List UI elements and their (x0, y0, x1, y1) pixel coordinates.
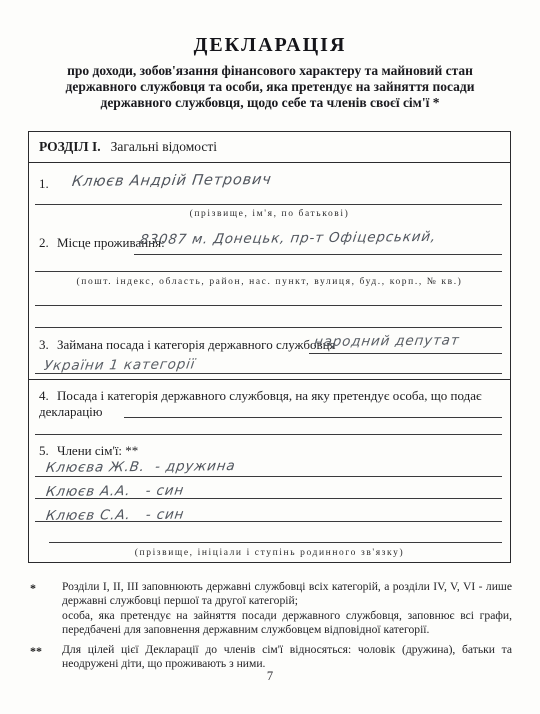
item2-underline-2 (35, 271, 502, 272)
page-title: ДЕКЛАРАЦІЯ (0, 34, 540, 57)
member-2-underline (35, 498, 502, 499)
item2-caption: (пошт. індекс, область, район, нас. пунк… (29, 277, 510, 287)
member-1-relation: - дружина (154, 458, 236, 475)
footnote-2-text: Для цілей цієї Декларації до членів сім'… (62, 643, 512, 670)
item2-handwritten-address: 83087 м. Донецьк, пр-т Офіцерський, (139, 229, 437, 248)
subtitle-line-1: про доходи, зобов'язання фінансового хар… (20, 63, 520, 79)
item4-label-line2: декларацію (39, 404, 103, 420)
item3-handwritten-line2: України 1 категорії (43, 356, 196, 374)
item4-number: 4. (39, 388, 49, 404)
item5-blank-line (49, 542, 502, 543)
page-subtitle: про доходи, зобов'язання фінансового хар… (20, 63, 520, 111)
section-1-heading-label: РОЗДІЛ I. (39, 139, 101, 154)
footnote-1-text: Розділи I, II, III заповнюють державні с… (62, 580, 512, 638)
item2-underline-1 (134, 254, 502, 255)
member-3-underline (35, 521, 502, 522)
item3-underline-2 (35, 373, 502, 374)
scanned-declaration-page: ДЕКЛАРАЦІЯ про доходи, зобов'язання фіна… (0, 0, 540, 714)
item1-caption: (прізвище, ім'я, по батькові) (29, 209, 510, 219)
footnote-1-marker: * (30, 581, 36, 596)
item5-number: 5. (39, 443, 49, 459)
item4-underline (124, 417, 502, 418)
item1-number: 1. (39, 176, 49, 192)
footnote-1-part2: особа, яка претендує на зайняття посади … (62, 609, 512, 636)
item5-caption: (прізвище, ініціали і ступінь родинного … (29, 548, 510, 558)
subtitle-line-3: державного службовця, щодо себе та члені… (20, 95, 520, 111)
item1-handwritten-name: Клюєв Андрій Петрович (71, 172, 273, 190)
section-1-header: РОЗДІЛ I.Загальні відомості (29, 132, 510, 163)
item1-underline (35, 204, 502, 205)
footnote-1-part1: Розділи I, II, III заповнюють державні с… (62, 580, 512, 607)
section-1-heading-title: Загальні відомості (111, 139, 217, 154)
item3-separator (28, 379, 511, 380)
item3-handwritten-line1: народний депутат (313, 332, 460, 350)
item3-underline-1 (309, 353, 502, 354)
item2-blank-line-2 (35, 327, 502, 328)
item2-number: 2. (39, 235, 49, 251)
member-1-underline (35, 476, 502, 477)
member-2-relation: - син (145, 483, 185, 499)
item4-blank-line (35, 434, 502, 435)
footnote-2-marker: ** (30, 644, 42, 659)
item5-label: Члени сім'ї: ** (57, 443, 138, 459)
page-number: 7 (0, 669, 540, 684)
member-1-name: Клюєва Ж.В. (45, 459, 146, 476)
item2-blank-line-1 (35, 305, 502, 306)
family-member-row: Клюєва Ж.В. - дружина (45, 458, 237, 476)
subtitle-line-2: державного службовця та особи, яка прете… (20, 79, 520, 95)
item3-label: Займана посада і категорія державного сл… (57, 337, 336, 353)
section-1-box: РОЗДІЛ I.Загальні відомості 1. Клюєв Анд… (28, 131, 511, 563)
item3-number: 3. (39, 337, 49, 353)
item4-label-line1: Посада і категорія державного службовця,… (57, 388, 482, 404)
